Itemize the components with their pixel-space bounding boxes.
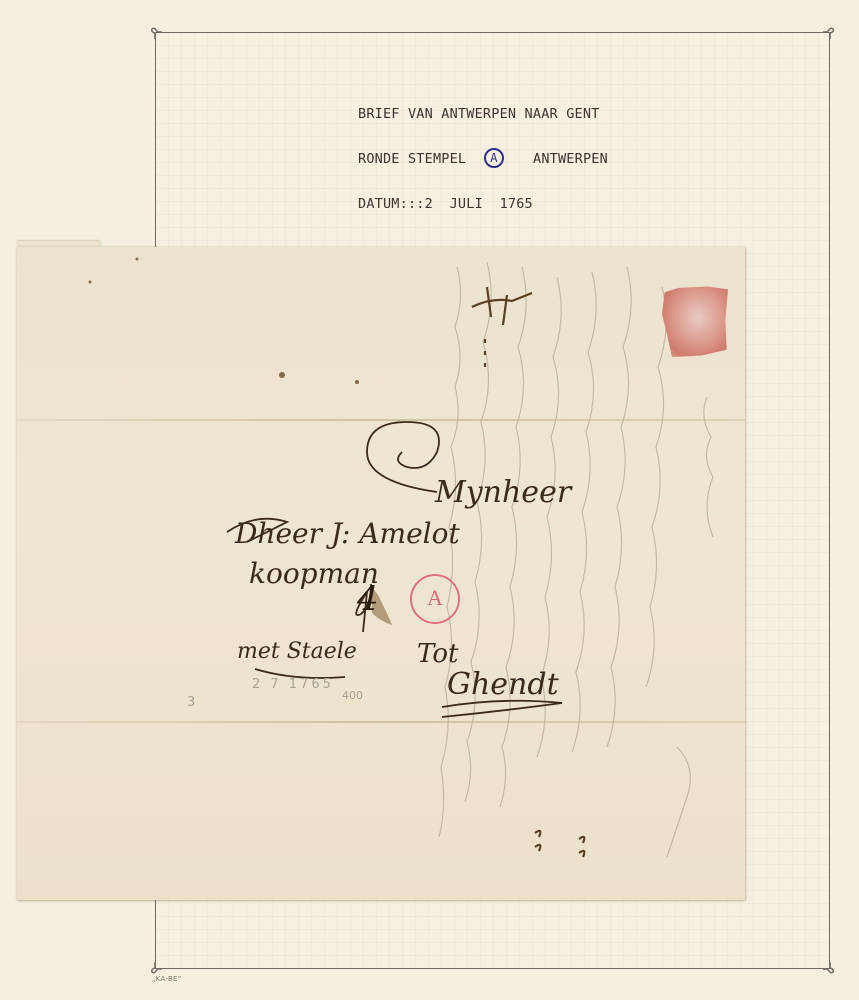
postage-rate-mark: 4 <box>357 579 379 619</box>
description-title: BRIEF VAN ANTWERPEN NAAR GENT <box>358 106 600 122</box>
frame-corner-ornament <box>823 25 837 39</box>
description-date: DATUM:::2 JULI 1765 <box>358 196 533 212</box>
address-destination: Ghendt <box>447 667 559 702</box>
frame-corner-ornament <box>823 962 837 976</box>
address-recipient: Dheer J: Amelot <box>235 517 460 550</box>
frame-corner-ornament <box>148 25 162 39</box>
pencil-price-note: 400 <box>342 689 363 702</box>
frame-corner-ornament <box>148 962 162 976</box>
album-maker-mark: „KA-BE” <box>152 975 182 983</box>
pencil-date-note: 2 7 1765 <box>252 677 334 692</box>
address-preposition: Tot <box>417 639 458 669</box>
address-routing: met Staele <box>237 639 357 664</box>
folded-letter: Mynheer Dheer J: Amelot koopman 4 met St… <box>17 247 745 900</box>
description-stamp-city: ANTWERPEN <box>533 151 608 167</box>
red-wax-seal-remnant <box>662 285 728 357</box>
circled-a-stamp-icon: A <box>484 148 504 168</box>
pencil-number-note: 3 <box>187 695 195 710</box>
antwerp-postmark-stamp: A <box>410 574 460 624</box>
address-flourishes <box>17 247 745 900</box>
description-stamp-label: RONDE STEMPEL <box>358 151 466 167</box>
address-salutation: Mynheer <box>435 475 571 510</box>
